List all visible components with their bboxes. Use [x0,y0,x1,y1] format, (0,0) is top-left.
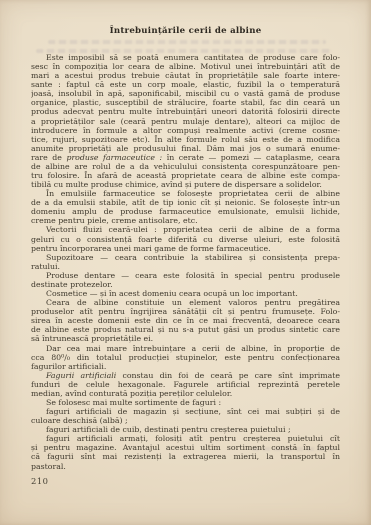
paragraph: Dar cea mai mare întrebuințare a cerii d… [31,344,340,371]
paragraph: faguri artificiali de cuib, destinați pe… [31,425,340,434]
text-line: pentru încorporarea unei mari game de fo… [31,244,340,253]
text-line: rare de produse farmaceutice : în cerate… [31,153,340,162]
text-line: de a da emulsii stabile, atît de tip ion… [31,198,340,207]
text-line: sante : faptul că este un corp moale, el… [31,80,340,89]
text-line: funduri de celule hexagonale. Fagurele a… [31,380,340,389]
text-line: median, avînd conturată poziția perețilo… [31,389,340,398]
paragraph: În emulsiile farmaceutice se folosește p… [31,189,340,225]
text-line: tibilă cu multe produse chimice, avînd ș… [31,180,340,189]
text-line: Este imposibil să se poată enumera canti… [31,53,340,62]
text-line: mari a acestui produs trebuie căutat în … [31,71,340,80]
text-line: faguri artificiali de cuib, destinați pe… [31,425,340,434]
text-line: Ceara de albine constituie un element va… [31,298,340,307]
paragraph: Se folosesc mai multe sortimente de fagu… [31,398,340,407]
paragraph: Ceara de albine constituie un element va… [31,298,340,343]
text-line: destinate protezelor. [31,280,340,289]
showthrough-ghost-text [48,40,326,44]
text-line: geluri cu o consistență foarte diferită … [31,235,340,244]
paragraph: Supozitoare — ceara contribuie la stabil… [31,253,340,271]
text-line: organice, plastic, susceptibil de strălu… [31,98,340,107]
text-line: și pentru magazine. Avantajul acestui ul… [31,443,340,452]
text-line: faguri artificiali de magazin și secțiun… [31,407,340,416]
text-line: să întrunească proprietățile ei. [31,334,340,343]
text-line: produs adecvat pentru multe întrebuințăr… [31,107,340,116]
text-line: Supozitoare — ceara contribuie la stabil… [31,253,340,262]
text-line: cca 80⁰/₀ din totalul producției stupine… [31,353,340,362]
text-line: creme pentru piele, creme antisolare, et… [31,216,340,225]
text-line: ratului. [31,262,340,271]
text-block: Este imposibil să se poată enumera canti… [31,53,340,471]
text-line: faguri artificiali armați, folosiți atît… [31,434,340,443]
text-line: Fagurii artificiali constau din foi de c… [31,371,340,380]
paragraph: Este imposibil să se poată enumera canti… [31,53,340,189]
text-line: fagurilor artificiali. [31,362,340,371]
text-line: de albine are rolul de a da vehiculului … [31,162,340,171]
paragraph: Produse dentare — ceara este folosită în… [31,271,340,289]
text-line: joasă, insolubil în apă, saponificabil, … [31,89,340,98]
text-line: domeniu amplu de produse farmaceutice em… [31,207,340,216]
text-line: produselor atît pentru îngrijirea sănătă… [31,307,340,316]
text-line: culoare deschisă (albă) ; [31,416,340,425]
book-page: Întrebuințările cerii de albine Este imp… [0,0,371,525]
paragraph: Fagurii artificiali constau din foi de c… [31,371,340,398]
page-number: 210 [31,476,49,486]
paragraph: Vectorii fluizi ceară-ulei : proprietate… [31,225,340,252]
text-line: de albine este produs natural și nu s-a … [31,325,340,334]
text-line: Dar cea mai mare întrebuințare a cerii d… [31,344,340,353]
text-line: Vectorii fluizi ceară-ulei : proprietate… [31,225,340,234]
text-line: sesc în compoziția lor ceara de albine. … [31,62,340,71]
text-line: că fagurii sînt mai rezistenți la extrag… [31,452,340,461]
text-line: tru folosire. În afară de această propri… [31,171,340,180]
page-title: Întrebuințările cerii de albine [0,26,371,36]
paragraph: Cosmetice — și în acest domeniu ceara oc… [31,289,340,298]
text-line: introducere în formule a altor compuși r… [31,126,340,135]
text-line: În emulsiile farmaceutice se folosește p… [31,189,340,198]
text-line: tice, rujuri, supozitoare etc). În alte … [31,135,340,144]
text-line: sirea în aceste domenii este din ce în c… [31,316,340,325]
text-line: a proprietăților sale (ceară pentru mula… [31,117,340,126]
paragraph: faguri artificiali de magazin și secțiun… [31,407,340,425]
text-line: Produse dentare — ceara este folosită în… [31,271,340,280]
text-line: anumite proprietăți ale produsului final… [31,144,340,153]
text-line: Se folosesc mai multe sortimente de fagu… [31,398,340,407]
paragraph: faguri artificiali armați, folosiți atît… [31,434,340,470]
text-line: pastoral. [31,462,340,471]
text-line: Cosmetice — și în acest domeniu ceara oc… [31,289,340,298]
